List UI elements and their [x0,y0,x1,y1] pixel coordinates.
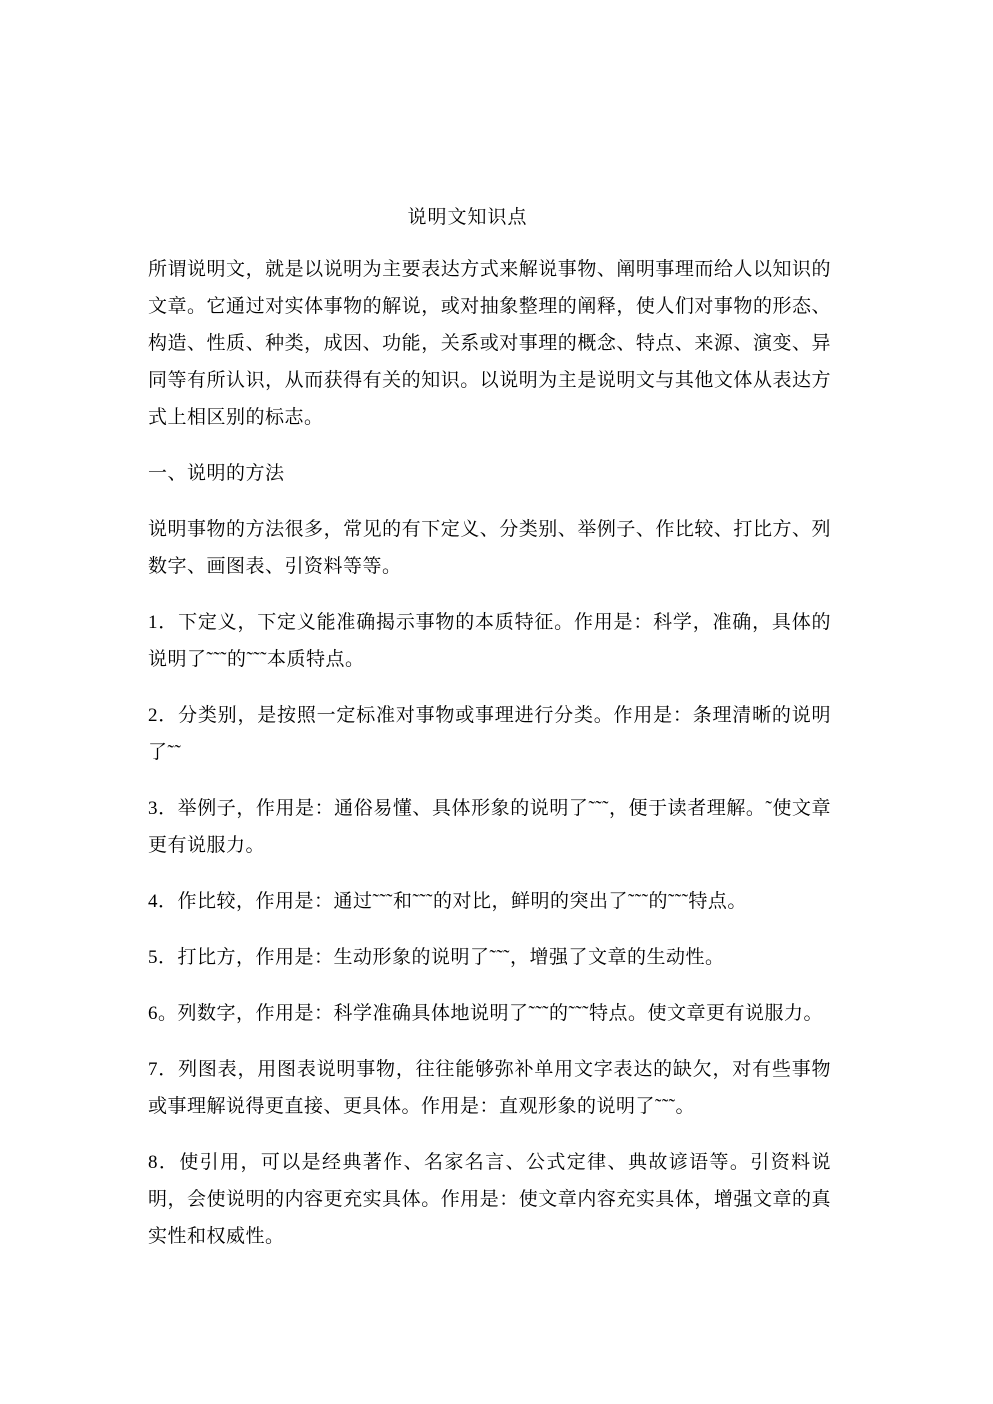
method-item-6-lieshuzi: 6。列数字，作用是：科学准确具体地说明了˜˜˜的˜˜˜特点。使文章更有说服力。 [148,995,831,1032]
method-item-7-lietubiao: 7．列图表，用图表说明事物，往往能够弥补单用文字表达的缺欠，对有些事物或事理解说… [148,1051,831,1125]
document-page: 说明文知识点 所谓说明文，就是以说明为主要表达方式来解说事物、阐明事理而给人以知… [0,0,993,1404]
method-item-1-xiadingyi: 1．下定义，下定义能准确揭示事物的本质特征。作用是：科学，准确，具体的说明了˜˜… [148,604,831,678]
method-item-5-dabifang: 5．打比方，作用是：生动形象的说明了˜˜˜，增强了文章的生动性。 [148,939,831,976]
section-heading: 一、说明的方法 [148,455,831,492]
method-item-4-zuobijiao: 4．作比较，作用是：通过˜˜˜和˜˜˜的对比，鲜明的突出了˜˜˜的˜˜˜特点。 [148,883,831,920]
document-content: 说明文知识点 所谓说明文，就是以说明为主要表达方式来解说事物、阐明事理而给人以知… [148,199,831,1255]
methods-overview: 说明事物的方法很多，常见的有下定义、分类别、举例子、作比较、打比方、列数字、画图… [148,511,831,585]
intro-paragraph: 所谓说明文，就是以说明为主要表达方式来解说事物、阐明事理而给人以知识的文章。它通… [148,251,831,436]
method-item-3-julizi: 3．举例子，作用是：通俗易懂、具体形象的说明了˜˜˜，便于读者理解。˜使文章更有… [148,790,831,864]
method-item-2-fenleibie: 2．分类别，是按照一定标准对事物或事理进行分类。作用是：条理清晰的说明了˜˜ [148,697,831,771]
document-title: 说明文知识点 [148,199,831,236]
method-item-8-shiyinyong: 8．使引用，可以是经典著作、名家名言、公式定律、典故谚语等。引资料说明，会使说明… [148,1144,831,1255]
